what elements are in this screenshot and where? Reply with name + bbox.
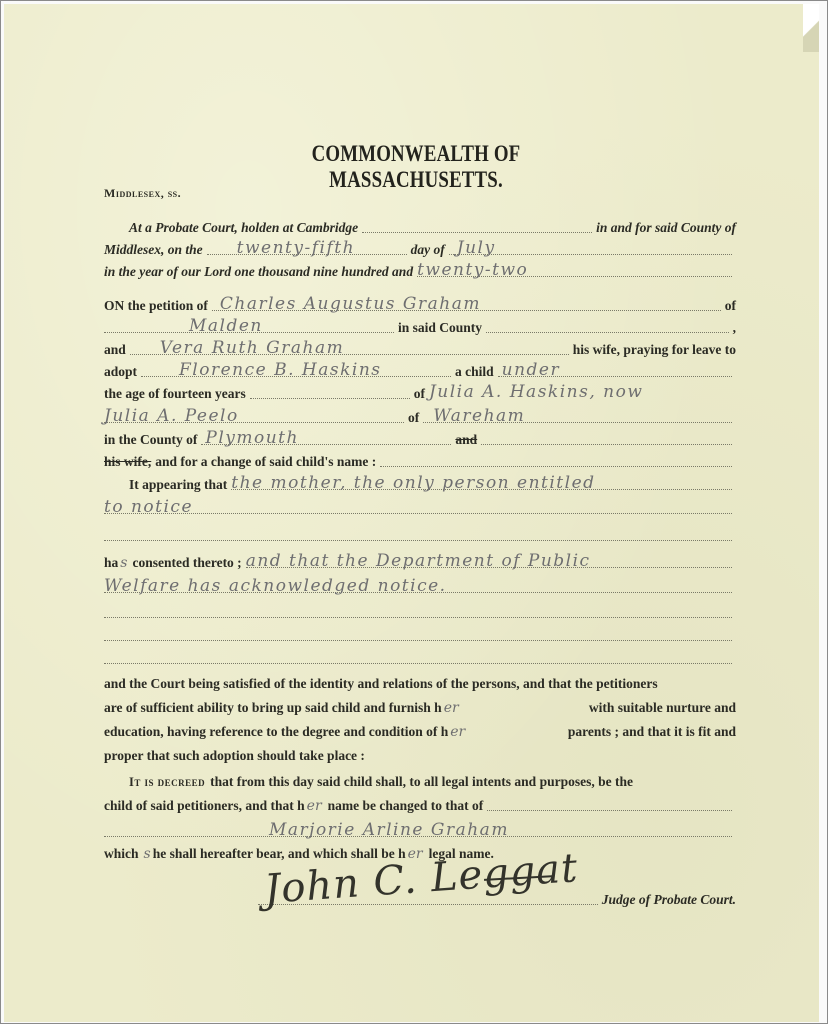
- wife-handwriting: Vera Ruth Graham: [160, 338, 344, 358]
- appearing-handwriting-2: to notice: [104, 497, 193, 517]
- blank-line-3: [104, 647, 736, 667]
- consent-handwriting-2: Welfare has acknowledged notice.: [104, 576, 447, 596]
- petition-line-12: has consented thereto ; and that the Dep…: [104, 551, 736, 571]
- decree-line-3: Marjorie Arline Graham: [104, 820, 736, 840]
- new-name-handwriting: Marjorie Arline Graham: [269, 820, 509, 840]
- decree-line-1: It is decreed that from this day said ch…: [104, 770, 736, 790]
- age-field: under: [498, 362, 732, 377]
- child-field: Florence B. Haskins: [141, 362, 451, 377]
- consent-field: and that the Department of Public: [246, 553, 732, 568]
- petition-line-11: [104, 524, 736, 544]
- struck-and: and: [455, 432, 477, 448]
- year-handwriting: twenty-two: [417, 260, 528, 280]
- findings-line-4: proper that such adoption should take pl…: [104, 744, 736, 764]
- venue-line: Middlesex, ss.: [104, 181, 736, 201]
- parent-town-handwriting: Wareham: [433, 406, 525, 426]
- decree-line-2: child of said petitioners, and that her …: [104, 794, 736, 814]
- petition-line-7: in the County of Plymouth and: [104, 428, 736, 448]
- month-field: July: [449, 240, 732, 255]
- consent-handwriting-1: and that the Department of Public: [246, 551, 591, 571]
- blank-line-1: [104, 601, 736, 621]
- petition-line-10: to notice: [104, 497, 736, 517]
- appearing-handwriting-1: the mother, the only person entitled: [231, 473, 595, 493]
- petition-line-4: adopt Florence B. Haskins a child under: [104, 360, 736, 380]
- year-field: twenty-two: [417, 262, 732, 277]
- parent-handwriting-2: Julia A. Peelo: [104, 406, 239, 426]
- petition-line-9: It appearing that the mother, the only p…: [104, 473, 736, 493]
- day-handwriting: twenty-fifth: [237, 238, 355, 258]
- folded-corner: [803, 4, 819, 52]
- county-handwriting: Plymouth: [205, 428, 299, 448]
- paper-sheet: COMMONWEALTH OF MASSACHUSETTS. Middlesex…: [4, 4, 819, 1022]
- day-field: twenty-fifth: [207, 240, 407, 255]
- petition-line-3: and Vera Ruth Graham his wife, praying f…: [104, 338, 736, 358]
- court-line-3: in the year of our Lord one thousand nin…: [104, 260, 736, 280]
- parent-handwriting-1: Julia A. Haskins, now: [429, 382, 643, 402]
- judge-title: Judge of Probate Court.: [602, 892, 736, 908]
- wife-field: Vera Ruth Graham: [130, 340, 569, 355]
- parent-name-field: Julia A. Peelo: [104, 408, 404, 423]
- findings-line-2: are of sufficient ability to bring up sa…: [104, 696, 736, 716]
- court-line-2: Middlesex, on the twenty-fifth day of Ju…: [104, 238, 736, 258]
- struck-his-wife: his wife,: [104, 454, 151, 470]
- town-field: Malden: [104, 318, 394, 333]
- child-handwriting: Florence B. Haskins: [179, 360, 381, 380]
- month-handwriting: July: [457, 238, 496, 258]
- petitioner-handwriting: Charles Augustus Graham: [220, 294, 481, 314]
- town-handwriting: Malden: [189, 316, 263, 336]
- venue: Middlesex, ss.: [104, 186, 181, 201]
- petition-line-2: Malden in said County ,: [104, 316, 736, 336]
- court-location-field: [362, 218, 592, 233]
- court-line-1: At a Probate Court, holden at Cambridge …: [104, 216, 736, 236]
- parent-town-field: Wareham: [423, 408, 732, 423]
- appearing-field: the mother, the only person entitled: [231, 475, 732, 490]
- petition-line-6: Julia A. Peelo of Wareham: [104, 406, 736, 426]
- new-name-field: Marjorie Arline Graham: [104, 822, 732, 837]
- findings-line-3: education, having reference to the degre…: [104, 720, 736, 740]
- petition-line-1: ON the petition of Charles Augustus Grah…: [104, 294, 736, 314]
- petition-line-5: the age of fourteen years of Julia A. Ha…: [104, 382, 736, 402]
- petitioner-field: Charles Augustus Graham: [212, 296, 721, 311]
- blank-line-2: [104, 624, 736, 644]
- parent-field: Julia A. Haskins, now: [429, 384, 732, 399]
- age-handwriting: under: [502, 360, 560, 380]
- county-field: Plymouth: [201, 430, 451, 445]
- petition-line-8: his wife, and for a change of said child…: [104, 450, 736, 470]
- petition-line-13: Welfare has acknowledged notice.: [104, 576, 736, 596]
- findings-line-1: and the Court being satisfied of the ide…: [104, 672, 736, 692]
- document-frame: COMMONWEALTH OF MASSACHUSETTS. Middlesex…: [0, 0, 828, 1024]
